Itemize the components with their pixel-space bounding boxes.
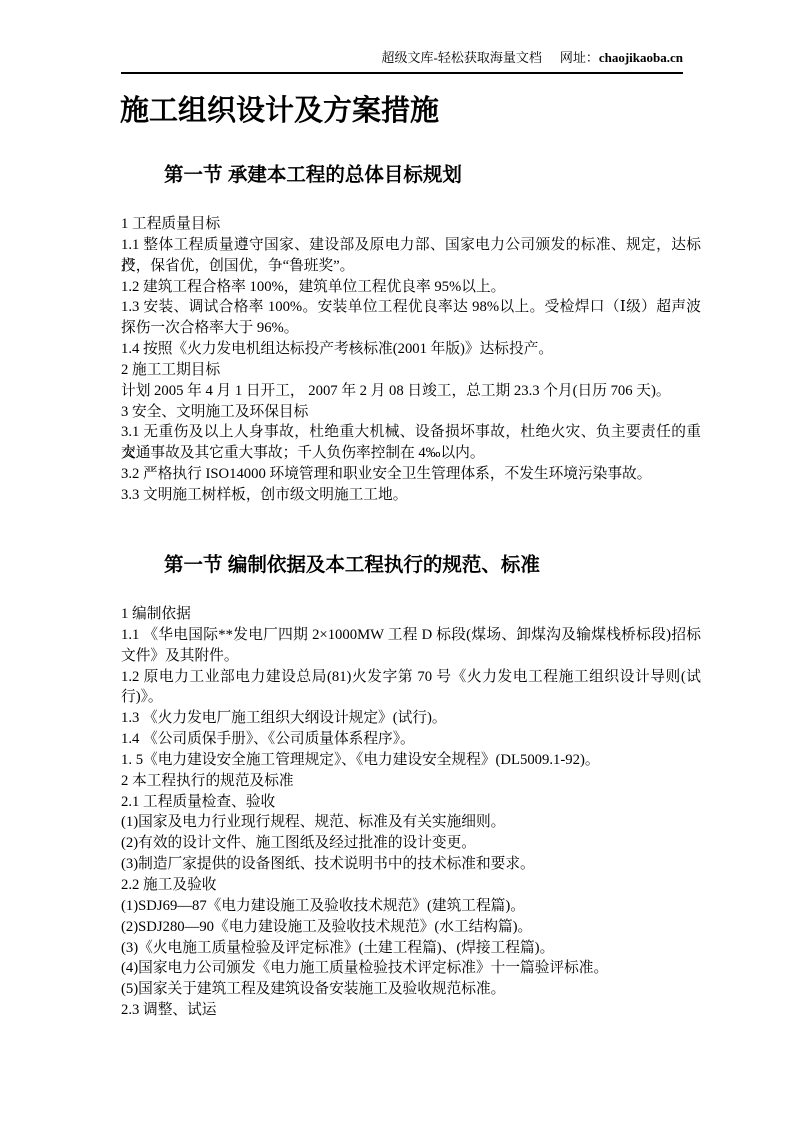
document-title: 施工组织设计及方案措施 (120, 90, 439, 132)
text-line: 2 施工工期目标 (121, 360, 701, 381)
text-line: 产，保省优，创国优，争“鲁班奖”。 (121, 256, 701, 277)
text-line: 行)》。 (121, 687, 701, 708)
site-name: 超级文库-轻松获取海量文档 (381, 50, 541, 65)
section-2-body: 1 编制依据 1.1 《华电国际**发电厂四期 2×1000MW 工程 D 标段… (121, 604, 701, 1021)
text-line: 2.2 施工及验收 (121, 875, 701, 896)
url-label: 网址： (560, 50, 599, 65)
text-line: 1.2 原电力工业部电力建设总局(81)火发字第 70 号《火力发电工程施工组织… (121, 667, 701, 688)
text-line: 交通事故及其它重大事故；千人负伤率控制在 4‰以内。 (121, 443, 701, 464)
page-header: 超级文库-轻松获取海量文档网址：chaojikaoba.cn (121, 49, 683, 74)
document-page: 超级文库-轻松获取海量文档网址：chaojikaoba.cn 施工组织设计及方案… (0, 0, 793, 1122)
text-line: 1 工程质量目标 (121, 214, 701, 235)
text-line: 计划 2005 年 4 月 1 日开工， 2007 年 2 月 08 日竣工，总… (121, 381, 701, 402)
text-line: 3.2 严格执行 ISO14000 环境管理和职业安全卫生管理体系，不发生环境污… (121, 464, 701, 485)
text-line: (4)国家电力公司颁发《电力施工质量检验技术评定标准》十一篇验评标准。 (121, 958, 701, 979)
text-line: (5)国家关于建筑工程及建筑设备安装施工及验收规范标准。 (121, 979, 701, 1000)
text-line: 3.1 无重伤及以上人身事故，杜绝重大机械、设备损坏事故，杜绝火灾、负主要责任的… (121, 422, 701, 443)
text-line: 2.1 工程质量检查、验收 (121, 792, 701, 813)
text-line: (1)国家及电力行业现行规程、规范、标准及有关实施细则。 (121, 812, 701, 833)
text-line: 1.1 《华电国际**发电厂四期 2×1000MW 工程 D 标段(煤场、卸煤沟… (121, 625, 701, 646)
text-line: 1.4 《公司质保手册》、《公司质量体系程序》。 (121, 729, 701, 750)
text-line: 1.1 整体工程质量遵守国家、建设部及原电力部、国家电力公司颁发的标准、规定，达… (121, 235, 701, 256)
section-1-body: 1 工程质量目标 1.1 整体工程质量遵守国家、建设部及原电力部、国家电力公司颁… (121, 214, 701, 506)
text-line: (1)SDJ69—87《电力建设施工及验收技术规范》(建筑工程篇)。 (121, 896, 701, 917)
text-line: 3.3 文明施工树样板，创市级文明施工工地。 (121, 485, 701, 506)
site-url: chaojikaoba.cn (599, 50, 683, 65)
text-line: 1.4 按照《火力发电机组达标投产考核标准(2001 年版)》达标投产。 (121, 339, 701, 360)
section-1-heading: 第一节 承建本工程的总体目标规划 (164, 161, 462, 189)
text-line: 1 编制依据 (121, 604, 701, 625)
text-line: 3 安全、文明施工及环保目标 (121, 402, 701, 423)
text-line: (2)SDJ280—90《电力建设施工及验收技术规范》(水工结构篇)。 (121, 917, 701, 938)
text-line: 文件》及其附件。 (121, 646, 701, 667)
text-line: (3)《火电施工质量检验及评定标准》(土建工程篇)、(焊接工程篇)。 (121, 938, 701, 959)
text-line: 探伤一次合格率大于 96%。 (121, 318, 701, 339)
text-line: 1. 5《电力建设安全施工管理规定》、《电力建设安全规程》(DL5009.1-9… (121, 750, 701, 771)
text-line: (2)有效的设计文件、施工图纸及经过批准的设计变更。 (121, 833, 701, 854)
text-line: 1.3 安装、调试合格率 100%。安装单位工程优良率达 98%以上。受检焊口（… (121, 297, 701, 318)
section-2-heading: 第一节 编制依据及本工程执行的规范、标准 (164, 551, 540, 579)
text-line: 1.2 建筑工程合格率 100%，建筑单位工程优良率 95%以上。 (121, 277, 701, 298)
text-line: 1.3 《火力发电厂施工组织大纲设计规定》(试行)。 (121, 708, 701, 729)
text-line: 2 本工程执行的规范及标准 (121, 771, 701, 792)
text-line: 2.3 调整、试运 (121, 1000, 701, 1021)
text-line: (3)制造厂家提供的设备图纸、技术说明书中的技术标准和要求。 (121, 854, 701, 875)
